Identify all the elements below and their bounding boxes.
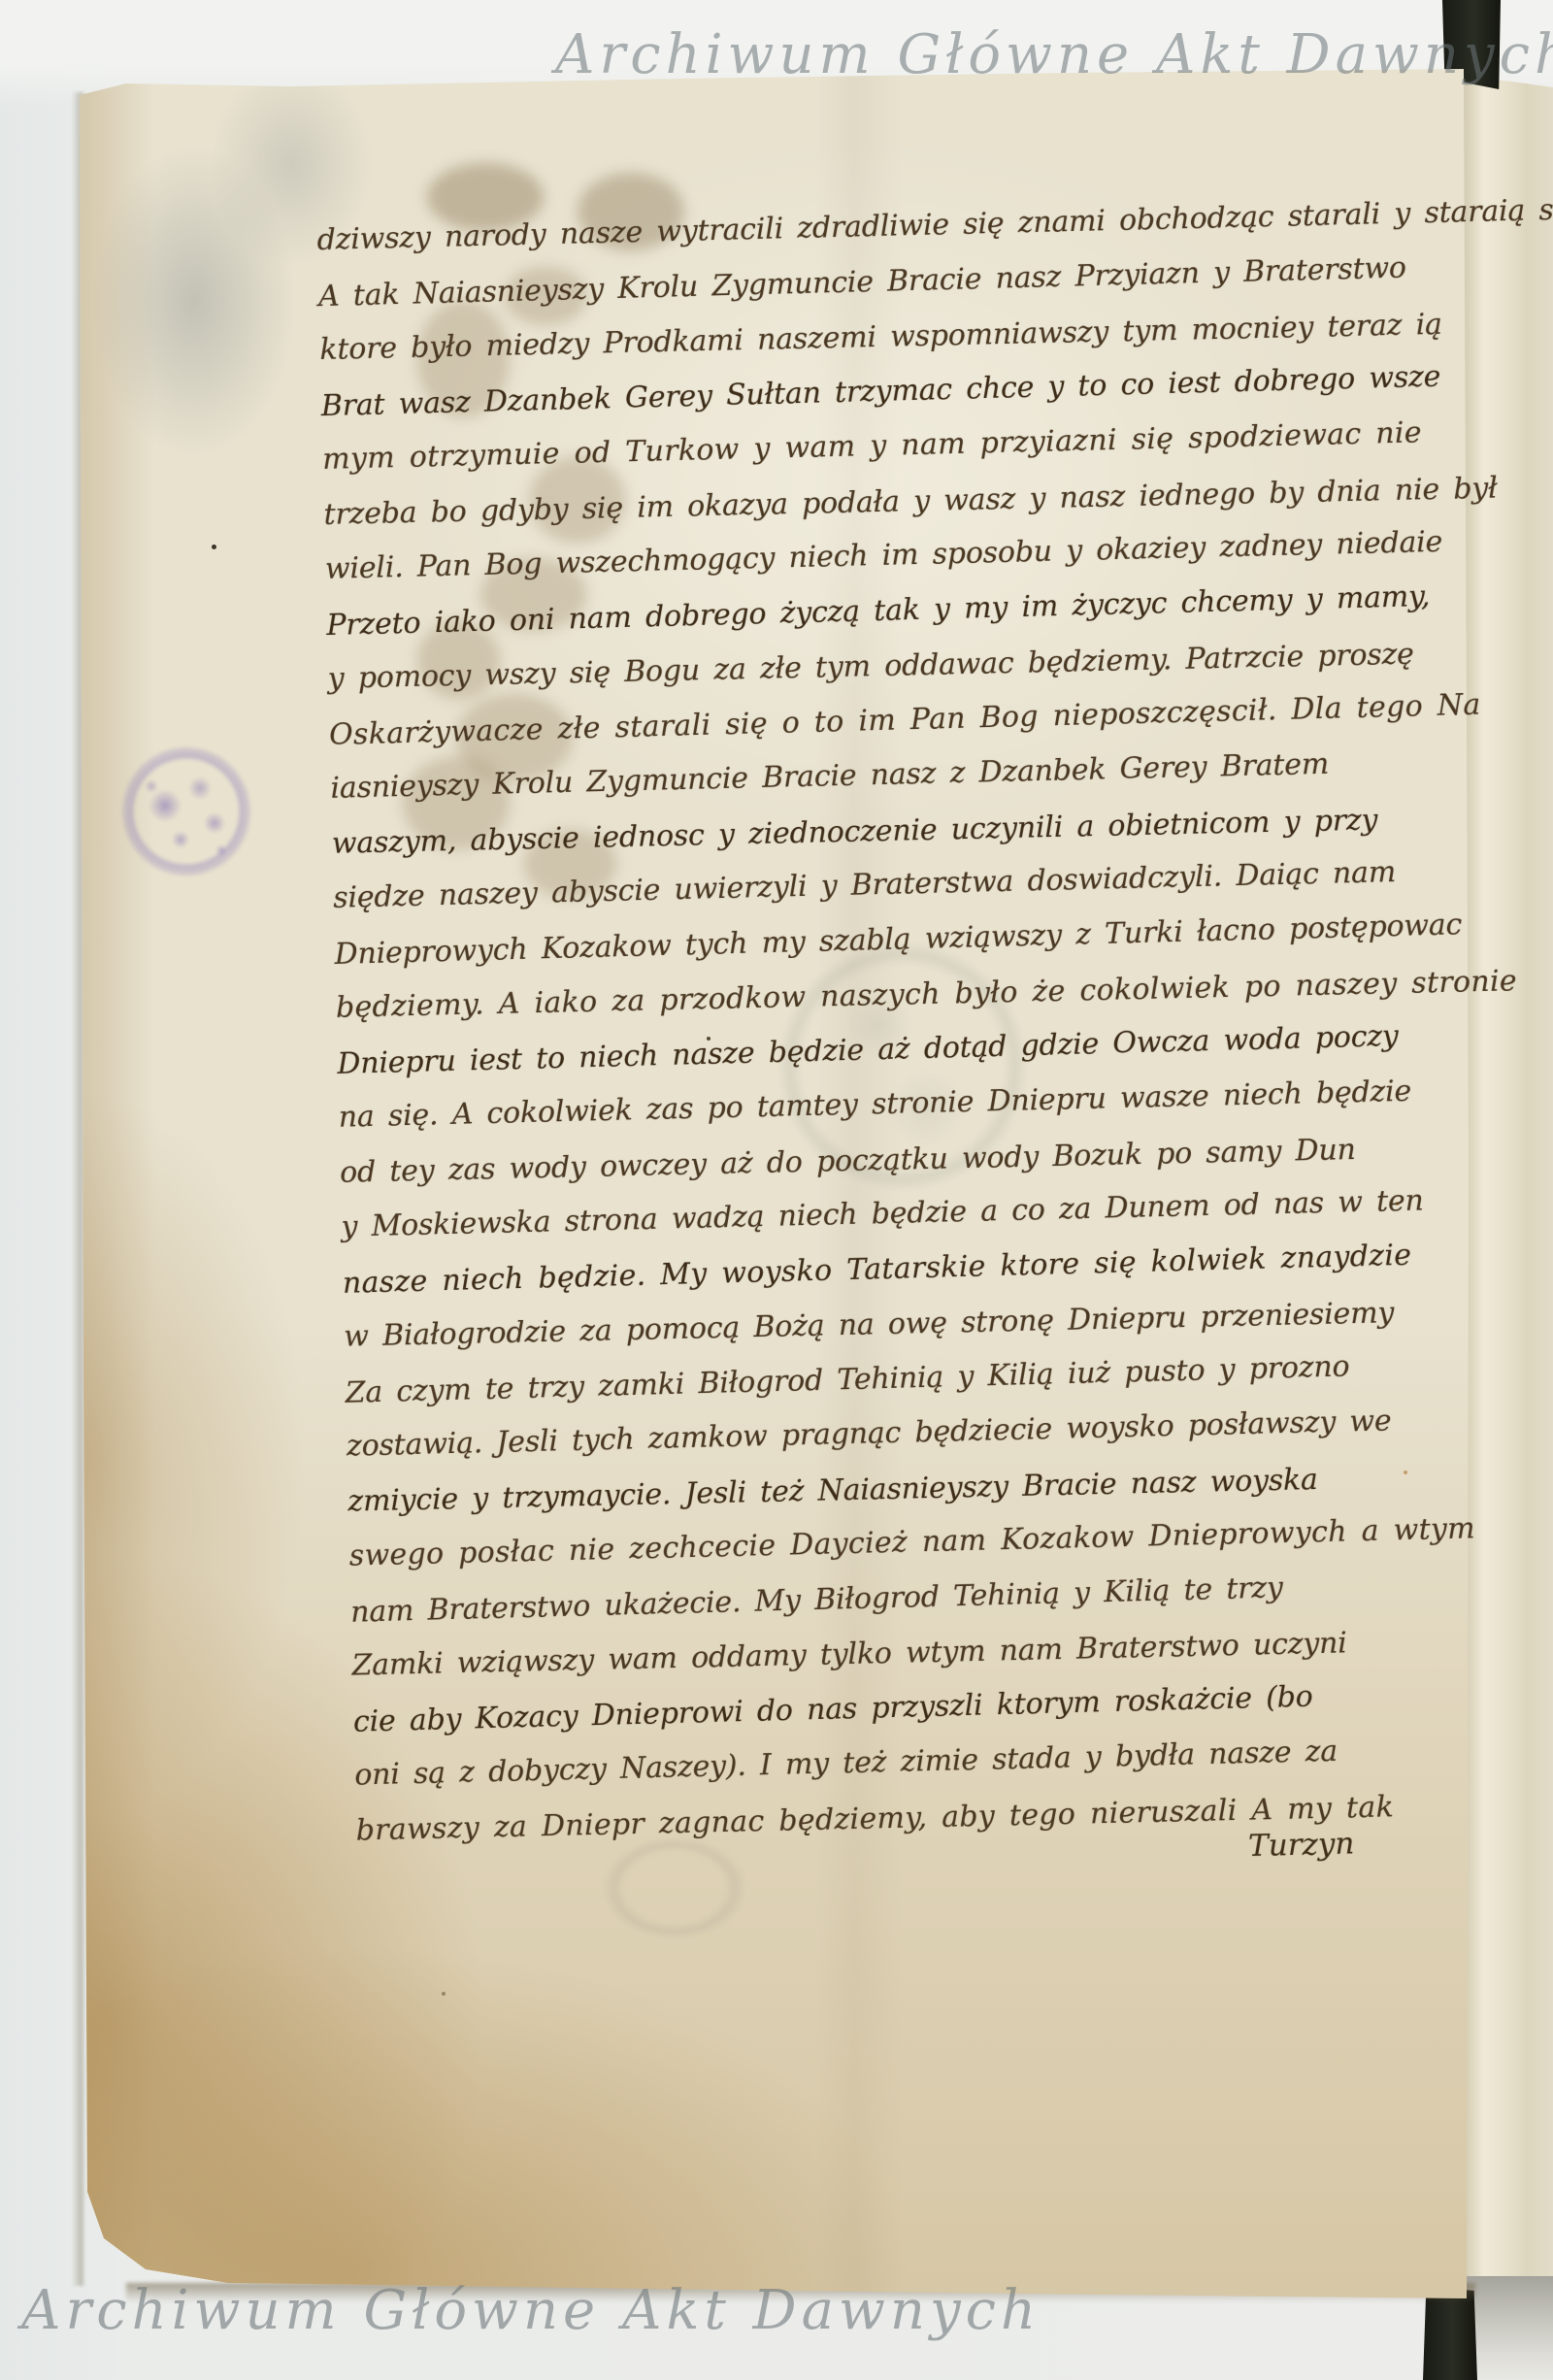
- archive-round-ink-stamp: [120, 745, 252, 877]
- manuscript-lines: dziwszy narody nasze wytracili zdradliwi…: [316, 187, 1443, 1859]
- scanner-background: dziwszy narody nasze wytracili zdradliwi…: [0, 0, 1553, 2380]
- paper-speck: [212, 545, 216, 549]
- paper-speck: [442, 1992, 446, 1996]
- manuscript-text-block: dziwszy narody nasze wytracili zdradliwi…: [316, 187, 1444, 1886]
